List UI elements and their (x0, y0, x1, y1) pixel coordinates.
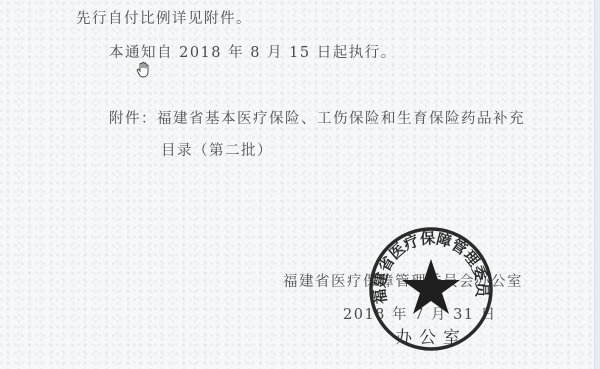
attachment-line-1: 附件：福建省基本医疗保险、工伤保险和生育保险药品补充 (109, 107, 525, 128)
stamp-bottom-text: 办公室 (395, 323, 467, 348)
text-line-effective-date: 本通知自 2018 年 8 月 15 日起执行。 (109, 41, 397, 62)
star-icon (402, 259, 460, 314)
attachment-line-2: 目录（第二批） (161, 139, 273, 160)
viewer-edge (594, 0, 600, 369)
hand-pointer-icon (136, 62, 150, 78)
document-page: 先行自付比例详见附件。 本通知自 2018 年 8 月 15 日起执行。 附件：… (0, 0, 595, 369)
text-line-copay: 先行自付比例详见附件。 (76, 7, 252, 28)
